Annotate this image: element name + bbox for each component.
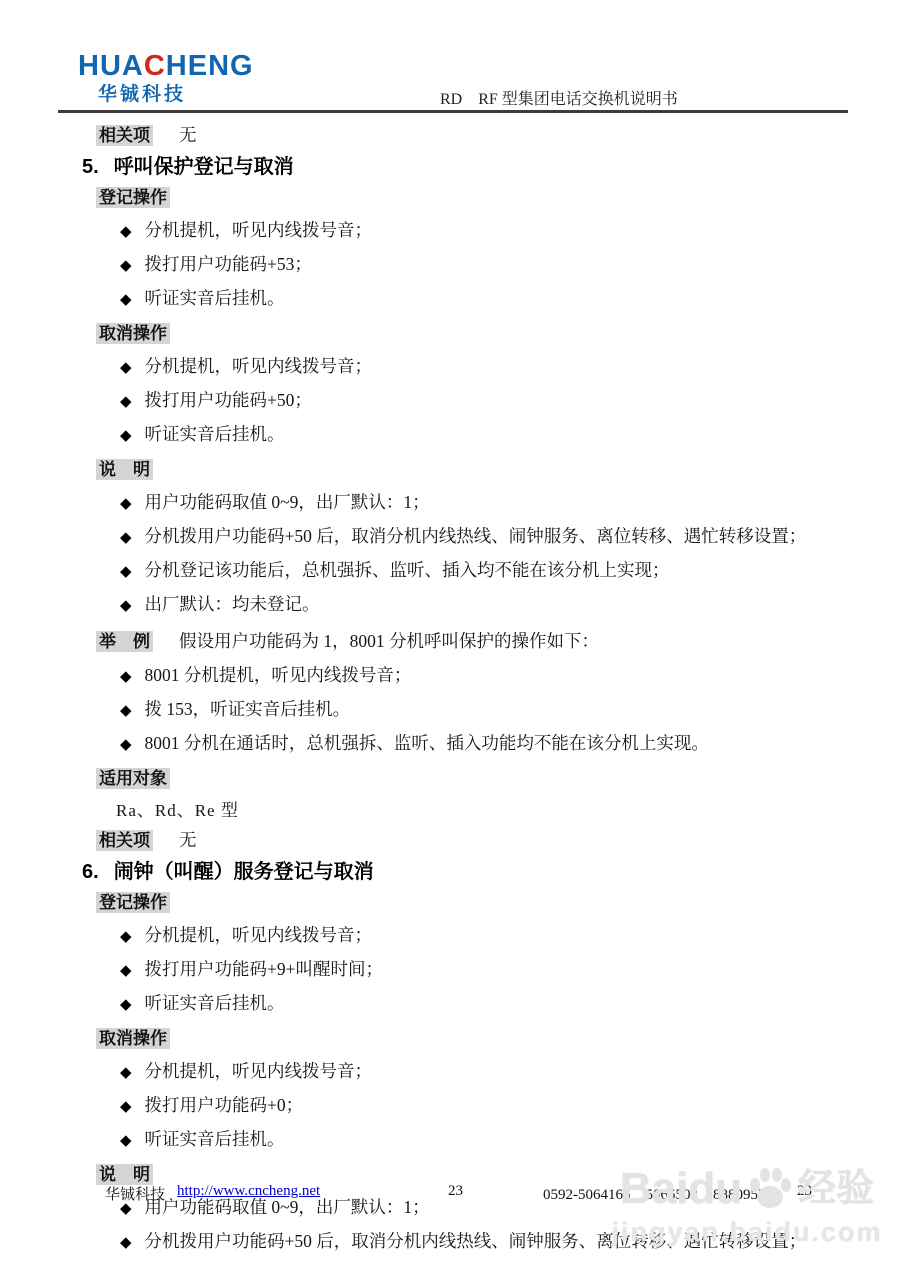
subsection-label-row: 取消操作 [96, 322, 848, 345]
bullet-item: ◆分机登记该功能后，总机强拆、监听、插入均不能在该分机上实现； [120, 554, 848, 588]
logo-wordmark-pre: HUA [78, 50, 144, 82]
bullet-text: 出厂默认：均未登记。 [145, 593, 320, 615]
bullet-item: ◆用户功能码取值 0~9，出厂默认：1； [120, 486, 848, 520]
bullet-text: 分机提机，听见内线拨号音； [145, 1060, 373, 1082]
bullet-list: ◆分机提机，听见内线拨号音；◆拨打用户功能码+0；◆听证实音后挂机。 [96, 1055, 848, 1157]
section-title: 闹钟（叫醒）服务登记与取消 [114, 861, 374, 883]
logo-wordmark-post: HENG [166, 50, 254, 82]
bullet-item: ◆8001 分机提机，听见内线拨号音； [120, 659, 848, 693]
manual-page: HUACHENG 华铖科技 RD RF 型集团电话交换机说明书 相关项无5.呼叫… [0, 0, 904, 1280]
bullet-list: ◆8001 分机提机，听见内线拨号音；◆拨 153，听证实音后挂机。◆8001 … [96, 659, 848, 761]
bullet-text: 8001 分机在通话时，总机强拆、监听、插入功能均不能在该分机上实现。 [145, 732, 709, 754]
diamond-bullet-icon: ◆ [120, 1096, 132, 1118]
bullet-text: 听证实音后挂机。 [145, 992, 285, 1014]
footer-page-number: 23 [448, 1183, 463, 1200]
subsection-label: 说 明 [96, 459, 153, 480]
bullet-text: 分机提机，听见内线拨号音； [145, 924, 373, 946]
row-value: 无 [179, 125, 197, 145]
subsection-label: 登记操作 [96, 892, 170, 913]
section-heading: 6.闹钟（叫醒）服务登记与取消 [82, 859, 848, 885]
bullet-list: ◆分机提机，听见内线拨号音；◆拨打用户功能码+53；◆听证实音后挂机。 [96, 214, 848, 316]
bullet-text: 分机提机，听见内线拨号音； [145, 219, 373, 241]
diamond-bullet-icon: ◆ [120, 1130, 132, 1152]
diamond-bullet-icon: ◆ [120, 1232, 132, 1254]
subsection-label: 说 明 [96, 1164, 153, 1185]
plain-text-line: Ra、Rd、Re 型 [116, 796, 848, 821]
footer-website-link[interactable]: http://www.cncheng.net [177, 1183, 320, 1200]
footer-phone-numbers: 0592-5064166 5065502 8880955 [543, 1183, 766, 1204]
bullet-item: ◆分机提机，听见内线拨号音； [120, 214, 848, 248]
bullet-text: 拨打用户功能码+50； [145, 389, 312, 411]
footer-page-number-right: 23 [797, 1183, 812, 1200]
bullet-item: ◆分机提机，听见内线拨号音； [120, 919, 848, 953]
bullet-text: 8001 分机提机，听见内线拨号音； [145, 664, 412, 686]
diamond-bullet-icon: ◆ [120, 221, 132, 243]
bullet-item: ◆分机提机，听见内线拨号音； [120, 350, 848, 384]
diamond-bullet-icon: ◆ [120, 561, 132, 583]
bullet-text: 拨打用户功能码+0； [145, 1094, 304, 1116]
bullet-item: ◆拨打用户功能码+0； [120, 1089, 848, 1123]
footer-company: 华铖科技 [105, 1183, 165, 1204]
logo-wordmark: HUACHENG [78, 52, 254, 81]
section-number: 5. [82, 156, 99, 178]
bullet-text: 听证实音后挂机。 [145, 1128, 285, 1150]
labeled-value-row: 相关项无 [96, 827, 848, 852]
bullet-item: ◆出厂默认：均未登记。 [120, 588, 848, 622]
diamond-bullet-icon: ◆ [120, 391, 132, 413]
bullet-text: 拨 153，听证实音后挂机。 [145, 698, 351, 720]
diamond-bullet-icon: ◆ [120, 734, 132, 756]
section-title: 呼叫保护登记与取消 [114, 156, 294, 178]
bullet-text: 分机拨用户功能码+50 后，取消分机内线热线、闹钟服务、离位转移、遇忙转移设置； [145, 525, 807, 547]
diamond-bullet-icon: ◆ [120, 994, 132, 1016]
diamond-bullet-icon: ◆ [120, 255, 132, 277]
row-value: 假设用户功能码为 1，8001 分机呼叫保护的操作如下： [179, 631, 599, 651]
bullet-item: ◆听证实音后挂机。 [120, 1123, 848, 1157]
bullet-item: ◆听证实音后挂机。 [120, 282, 848, 316]
document-content: 相关项无5.呼叫保护登记与取消登记操作◆分机提机，听见内线拨号音；◆拨打用户功能… [96, 116, 848, 1259]
company-logo: HUACHENG 华铖科技 [78, 52, 254, 104]
diamond-bullet-icon: ◆ [120, 700, 132, 722]
bullet-text: 分机登记该功能后，总机强拆、监听、插入均不能在该分机上实现； [145, 559, 670, 581]
bullet-text: 分机提机，听见内线拨号音； [145, 355, 373, 377]
bullet-item: ◆分机提机，听见内线拨号音； [120, 1055, 848, 1089]
labeled-value-row: 相关项无 [96, 122, 848, 147]
bullet-text: 分机拨用户功能码+50 后，取消分机内线热线、闹钟服务、离位转移、遇忙转移设置； [145, 1230, 807, 1252]
diamond-bullet-icon: ◆ [120, 493, 132, 515]
subsection-label-row: 登记操作 [96, 186, 848, 209]
subsection-label-row: 说 明 [96, 458, 848, 481]
subsection-label-row: 登记操作 [96, 891, 848, 914]
subsection-label: 取消操作 [96, 323, 170, 344]
bullet-list: ◆分机提机，听见内线拨号音；◆拨打用户功能码+50；◆听证实音后挂机。 [96, 350, 848, 452]
diamond-bullet-icon: ◆ [120, 926, 132, 948]
row-value: 无 [179, 830, 197, 850]
bullet-list: ◆分机提机，听见内线拨号音；◆拨打用户功能码+9+叫醒时间；◆听证实音后挂机。 [96, 919, 848, 1021]
diamond-bullet-icon: ◆ [120, 527, 132, 549]
bullet-item: ◆分机拨用户功能码+50 后，取消分机内线热线、闹钟服务、离位转移、遇忙转移设置… [120, 520, 848, 554]
bullet-text: 拨打用户功能码+53； [145, 253, 312, 275]
bullet-item: ◆分机拨用户功能码+50 后，取消分机内线热线、闹钟服务、离位转移、遇忙转移设置… [120, 1225, 848, 1259]
doc-title: RD RF 型集团电话交换机说明书 [440, 86, 678, 109]
bullet-item: ◆拨 153，听证实音后挂机。 [120, 693, 848, 727]
bullet-item: ◆拨打用户功能码+53； [120, 248, 848, 282]
page-footer: 华铖科技 http://www.cncheng.net 23 0592-5064… [0, 1183, 904, 1207]
row-label: 相关项 [96, 125, 153, 146]
bullet-item: ◆拨打用户功能码+9+叫醒时间； [120, 953, 848, 987]
bullet-item: ◆听证实音后挂机。 [120, 987, 848, 1021]
subsection-label-row: 适用对象 [96, 767, 848, 790]
bullet-item: ◆听证实音后挂机。 [120, 418, 848, 452]
section-heading: 5.呼叫保护登记与取消 [82, 154, 848, 180]
diamond-bullet-icon: ◆ [120, 595, 132, 617]
section-number: 6. [82, 861, 99, 883]
logo-subtitle: 华铖科技 [98, 85, 254, 104]
bullet-text: 拨打用户功能码+9+叫醒时间； [145, 958, 384, 980]
row-label: 举 例 [96, 631, 153, 652]
diamond-bullet-icon: ◆ [120, 666, 132, 688]
subsection-label-row: 取消操作 [96, 1027, 848, 1050]
bullet-list: ◆用户功能码取值 0~9，出厂默认：1；◆分机拨用户功能码+50 后，取消分机内… [96, 486, 848, 622]
bullet-text: 用户功能码取值 0~9，出厂默认：1； [145, 491, 430, 513]
diamond-bullet-icon: ◆ [120, 425, 132, 447]
diamond-bullet-icon: ◆ [120, 1062, 132, 1084]
bullet-item: ◆8001 分机在通话时，总机强拆、监听、插入功能均不能在该分机上实现。 [120, 727, 848, 761]
header-rule [58, 110, 848, 113]
subsection-label: 取消操作 [96, 1028, 170, 1049]
row-label: 相关项 [96, 830, 153, 851]
labeled-value-row: 举 例假设用户功能码为 1，8001 分机呼叫保护的操作如下： [96, 628, 848, 653]
bullet-text: 听证实音后挂机。 [145, 423, 285, 445]
bullet-text: 听证实音后挂机。 [145, 287, 285, 309]
diamond-bullet-icon: ◆ [120, 357, 132, 379]
bullet-item: ◆拨打用户功能码+50； [120, 384, 848, 418]
subsection-label: 适用对象 [96, 768, 170, 789]
logo-wordmark-accent: C [144, 50, 166, 82]
diamond-bullet-icon: ◆ [120, 289, 132, 311]
subsection-label: 登记操作 [96, 187, 170, 208]
diamond-bullet-icon: ◆ [120, 960, 132, 982]
